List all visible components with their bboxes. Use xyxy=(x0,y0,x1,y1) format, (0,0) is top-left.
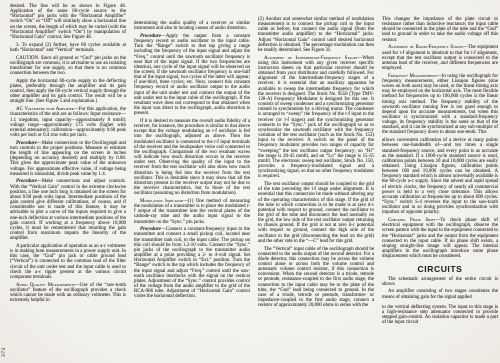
paragraph: The “Vertical” input cable of the oscill… xyxy=(258,247,374,309)
paragraph-text: CAUTION. Since all ground or “Gnd” pin j… xyxy=(10,56,126,76)
paragraph: Procedure—Make connections and adjust co… xyxy=(10,179,126,241)
paragraph-text: The test oscillator output should be cou… xyxy=(258,182,374,244)
paragraph-text: —Make connections to the Oscillograph an… xyxy=(10,141,126,177)
paragraph: CAUTION. Since all ground or “Gnd” pin j… xyxy=(10,56,126,77)
paragraph: Alignment of Radio-Frequency Stages—The … xyxy=(382,45,498,71)
paragraph: AC Voltmeter with Amplifier—For this app… xyxy=(10,107,126,138)
paragraph: Procedure—Connect a constant-frequency i… xyxy=(134,227,250,299)
paragraph-text: —When using this instrument with any giv… xyxy=(258,56,374,180)
paragraph: 3. To expand (2) further, have 60 cycles… xyxy=(10,43,126,53)
text-columns: desired. The line will be as shown in Fi… xyxy=(0,0,500,325)
paragraph-text: The schematic arrangement of the entire … xyxy=(382,277,498,287)
paragraph-text: Apply the horizontal 60-cycle supply to … xyxy=(10,79,126,105)
paragraph-text: —Apply the output from a constant freque… xyxy=(134,34,250,116)
paragraph: Procedure—Apply the output from a consta… xyxy=(134,34,250,117)
paragraph-text: determining the audio quality of a recei… xyxy=(134,21,250,31)
paragraph: The schematic arrangement of the entire … xyxy=(382,277,498,287)
paragraph: Apply the horizontal 60-cycle supply to … xyxy=(10,79,126,105)
text-column-2: determining the audio quality of a recei… xyxy=(134,21,250,300)
paragraph: Audio Quality Measurements—Use of the “s… xyxy=(10,283,126,304)
paragraph: If it is desired to measure the overall … xyxy=(134,119,250,196)
paragraph: to the vertical deflecting system. The i… xyxy=(382,305,498,326)
document-page: desired. The line will be as shown in Fi… xyxy=(0,0,500,363)
paragraph-text: This changes the impedance of the plate … xyxy=(382,17,498,43)
paragraph-text: to the vertical deflecting system. The i… xyxy=(382,305,498,325)
circuits-heading: CIRCUITS xyxy=(382,267,498,272)
paragraph: The test oscillator output should be cou… xyxy=(258,182,374,244)
paragraph-text: desired. The line will be as shown in Fi… xyxy=(10,4,126,40)
paragraph-text: allows convenient calibration of a devic… xyxy=(382,138,498,215)
paragraph: Procedure—Make connections to the Oscill… xyxy=(10,141,126,177)
paragraph-text: —Make connections and adjust controls. W… xyxy=(10,179,126,241)
paragraph: This changes the impedance of the plate … xyxy=(382,17,498,43)
paragraph-text: (2) Another and somewhat similar method … xyxy=(258,17,374,53)
paragraph-text: 3. To expand (2) further, have 60 cycles… xyxy=(10,43,126,53)
text-column-1: desired. The line will be as shown in Fi… xyxy=(10,4,126,303)
paragraph: desired. The line will be as shown in Fi… xyxy=(10,4,126,40)
paragraph-text: If it is desired to measure the overall … xyxy=(134,119,250,196)
paragraph: Frequency Measurements—In using the osci… xyxy=(382,74,498,136)
paragraph-text: A particular application of operation as… xyxy=(10,244,126,280)
paragraph: An amplifier consisting of two stages co… xyxy=(382,289,498,299)
page-number: 373 xyxy=(1,341,9,357)
paragraph-text: —Connect a constant-frequency input to t… xyxy=(134,227,250,299)
paragraph-text: The “Vertical” input cable of the oscill… xyxy=(258,247,374,309)
paragraph-text: —For this application, the characteristi… xyxy=(10,107,126,138)
paragraph: determining the audio quality of a recei… xyxy=(134,21,250,31)
paragraph: A particular application of operation as… xyxy=(10,244,126,280)
paragraph: (2) Another and somewhat similar method … xyxy=(258,17,374,53)
text-column-3: (2) Another and somewhat similar method … xyxy=(258,17,374,308)
paragraph: Modulation Indicator—(1) One method of m… xyxy=(134,199,250,225)
paragraph: Checking Phase Shift—To check phase shif… xyxy=(382,218,498,259)
paragraph: Alignment of Intermediate-Frequency Stag… xyxy=(258,56,374,180)
paragraph-text: —To check phase shift of electrical equi… xyxy=(382,218,498,259)
text-column-4: This changes the impedance of the plate … xyxy=(382,17,498,325)
paragraph-text: —In using the oscillograph for frequency… xyxy=(382,74,498,136)
paragraph-text: An amplifier consisting of two stages co… xyxy=(382,289,498,299)
paragraph: allows convenient calibration of a devic… xyxy=(382,138,498,215)
